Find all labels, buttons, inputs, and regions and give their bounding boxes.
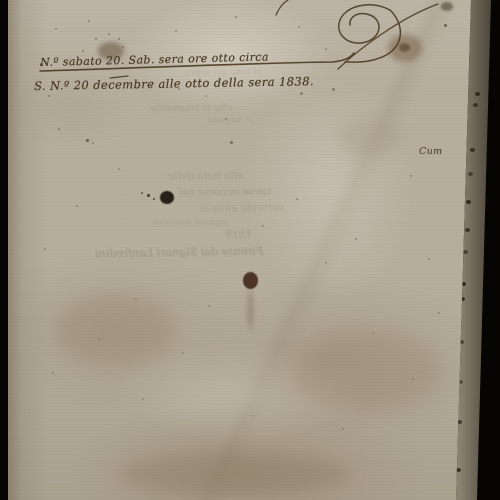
paper-smudge [290,330,440,410]
ink-blot-satellite [153,198,155,200]
bleedthrough-line: spese occorse nel [178,185,272,199]
paper-smudge [120,452,350,497]
ink-blot-maroon [243,272,258,289]
corner-note: Cum [419,146,443,157]
bleedthrough-line: in seguito [208,116,253,127]
manuscript-scan-photo: si nota qui sopra che si trasmette in se… [0,0,500,500]
ink-blot-satellite [147,194,150,197]
bleedthrough-line: corrente anno ai [200,202,284,214]
paper-smudge [55,295,175,365]
bleedthrough-line: signori deputati [152,217,229,229]
paper-smudge [340,118,400,158]
bleedthrough-line: alla nota delle [168,169,244,182]
ink-blot-satellite [141,192,143,194]
ink-stain-core [399,43,410,52]
ink-smear [247,290,254,330]
dark-speckles [0,0,3,3]
ink-stain [441,2,453,11]
bleedthrough-line: che si trasmette [150,102,232,114]
ink-blot [160,191,174,204]
bleedthrough-line: 1919 [226,230,252,241]
